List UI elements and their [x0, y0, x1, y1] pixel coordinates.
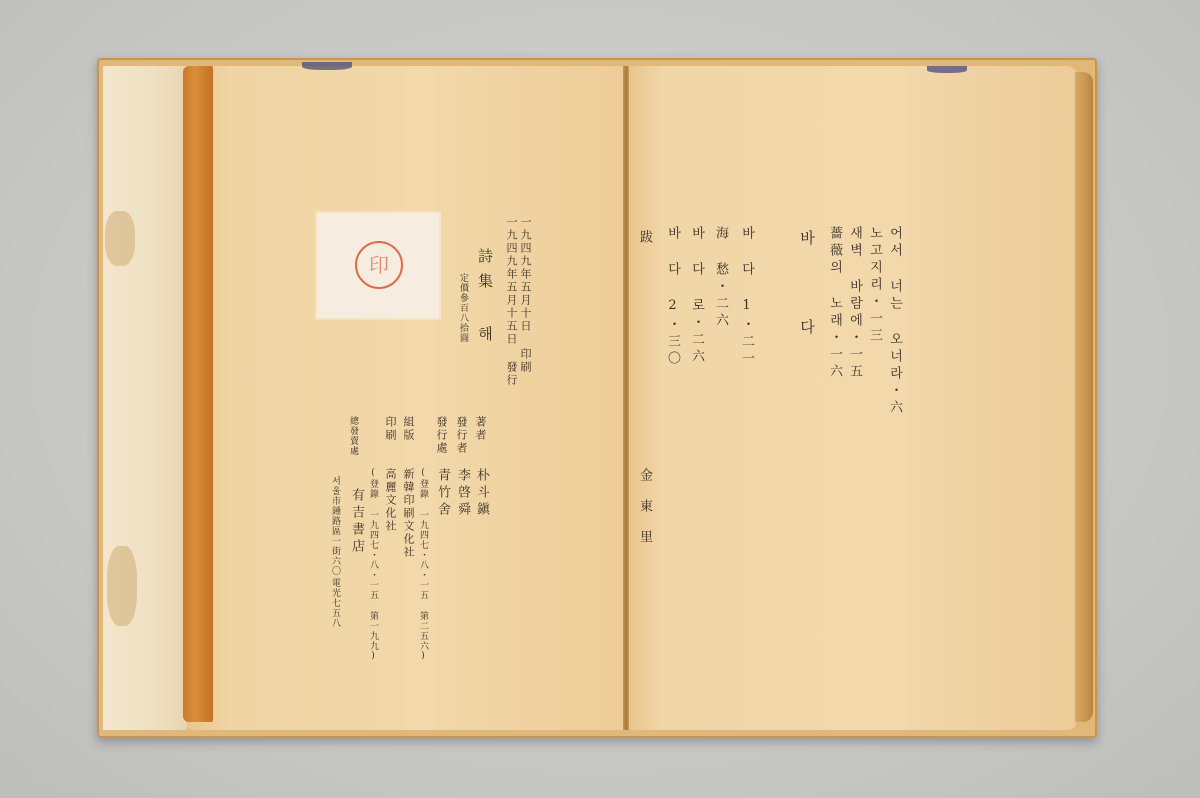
toc-page: ・一五 [847, 330, 862, 381]
toc-item: 노고지리・一三 [865, 226, 884, 345]
distributor-name: 有吉書店 [347, 488, 366, 556]
publisher-name: 李啓舜 [453, 468, 472, 519]
toc-title: 노고지리 [867, 226, 882, 294]
section-item: 바 다 로・二六 [687, 226, 706, 366]
print-date: 一九四九年五月十日 印刷 [517, 216, 533, 374]
publisher-label: 發行者 [453, 416, 469, 455]
typesetting-name: 新韓印刷文化社 [400, 468, 416, 559]
distributor-phone: 電光七五八 [329, 578, 342, 628]
distributor-label: 總發賣處 [347, 416, 360, 456]
ink-mark [302, 62, 352, 70]
torn-page-stub [183, 66, 213, 722]
right-page [627, 66, 1077, 730]
typesetting-label: 組版 [400, 416, 416, 442]
toc-item: 새벽 바람에・一五 [845, 226, 864, 381]
distributor-address: 서울市鍾路區一街六〇 [329, 476, 342, 576]
toc-title: 薔薇의 노래 [827, 226, 842, 330]
front-endpaper [103, 66, 187, 730]
book-gutter [623, 66, 629, 730]
printing-label: 印刷 [382, 416, 398, 442]
author-label: 著者 [472, 416, 488, 442]
section-item: 바 다 2・三〇 [663, 226, 682, 368]
price: 定價參百八拾圓 [457, 273, 470, 343]
toc-page: ・六 [887, 383, 902, 417]
revenue-stamp: 印 [317, 213, 439, 318]
ink-mark [927, 66, 967, 73]
printing-registration: (登錄 一九四七・八・一五 第一九九) [367, 468, 380, 662]
afterword-author: 金東里 [635, 468, 654, 561]
printing-name: 高麗文化社 [382, 468, 398, 533]
toc-page: ・一三 [867, 294, 882, 345]
red-seal-icon: 印 [355, 241, 403, 289]
stain [107, 546, 137, 626]
author-name: 朴斗鎭 [472, 468, 491, 519]
toc-item: 어서 너는 오너라・六 [885, 226, 904, 417]
open-book: 印 一九四九年五月十日 印刷 一九四九年五月十五日 發行 詩集 해 定價參百八拾… [97, 58, 1099, 738]
publishing-house-label: 發行處 [433, 416, 449, 455]
section-item: 海 愁・二六 [711, 226, 730, 330]
publishing-house-registration: (登錄 一九四七・八・一五 第二五六) [417, 468, 430, 662]
toc-title: 어서 너는 오너라 [887, 226, 902, 383]
toc-title: 새벽 바람에 [847, 226, 862, 330]
publish-date: 一九四九年五月十五日 發行 [503, 216, 519, 387]
publishing-house-name: 青竹舍 [433, 468, 452, 519]
toc-page: ・一六 [827, 330, 842, 381]
afterword-label: 跋 [635, 230, 654, 247]
section-title: 바 다 [797, 230, 818, 362]
toc-item: 薔薇의 노래・一六 [825, 226, 844, 381]
stain [105, 211, 135, 266]
section-item: 바 다 1・二一 [737, 226, 756, 368]
left-page [187, 66, 624, 730]
book-title: 詩集 해 [475, 248, 496, 351]
page-edges [1075, 72, 1093, 722]
